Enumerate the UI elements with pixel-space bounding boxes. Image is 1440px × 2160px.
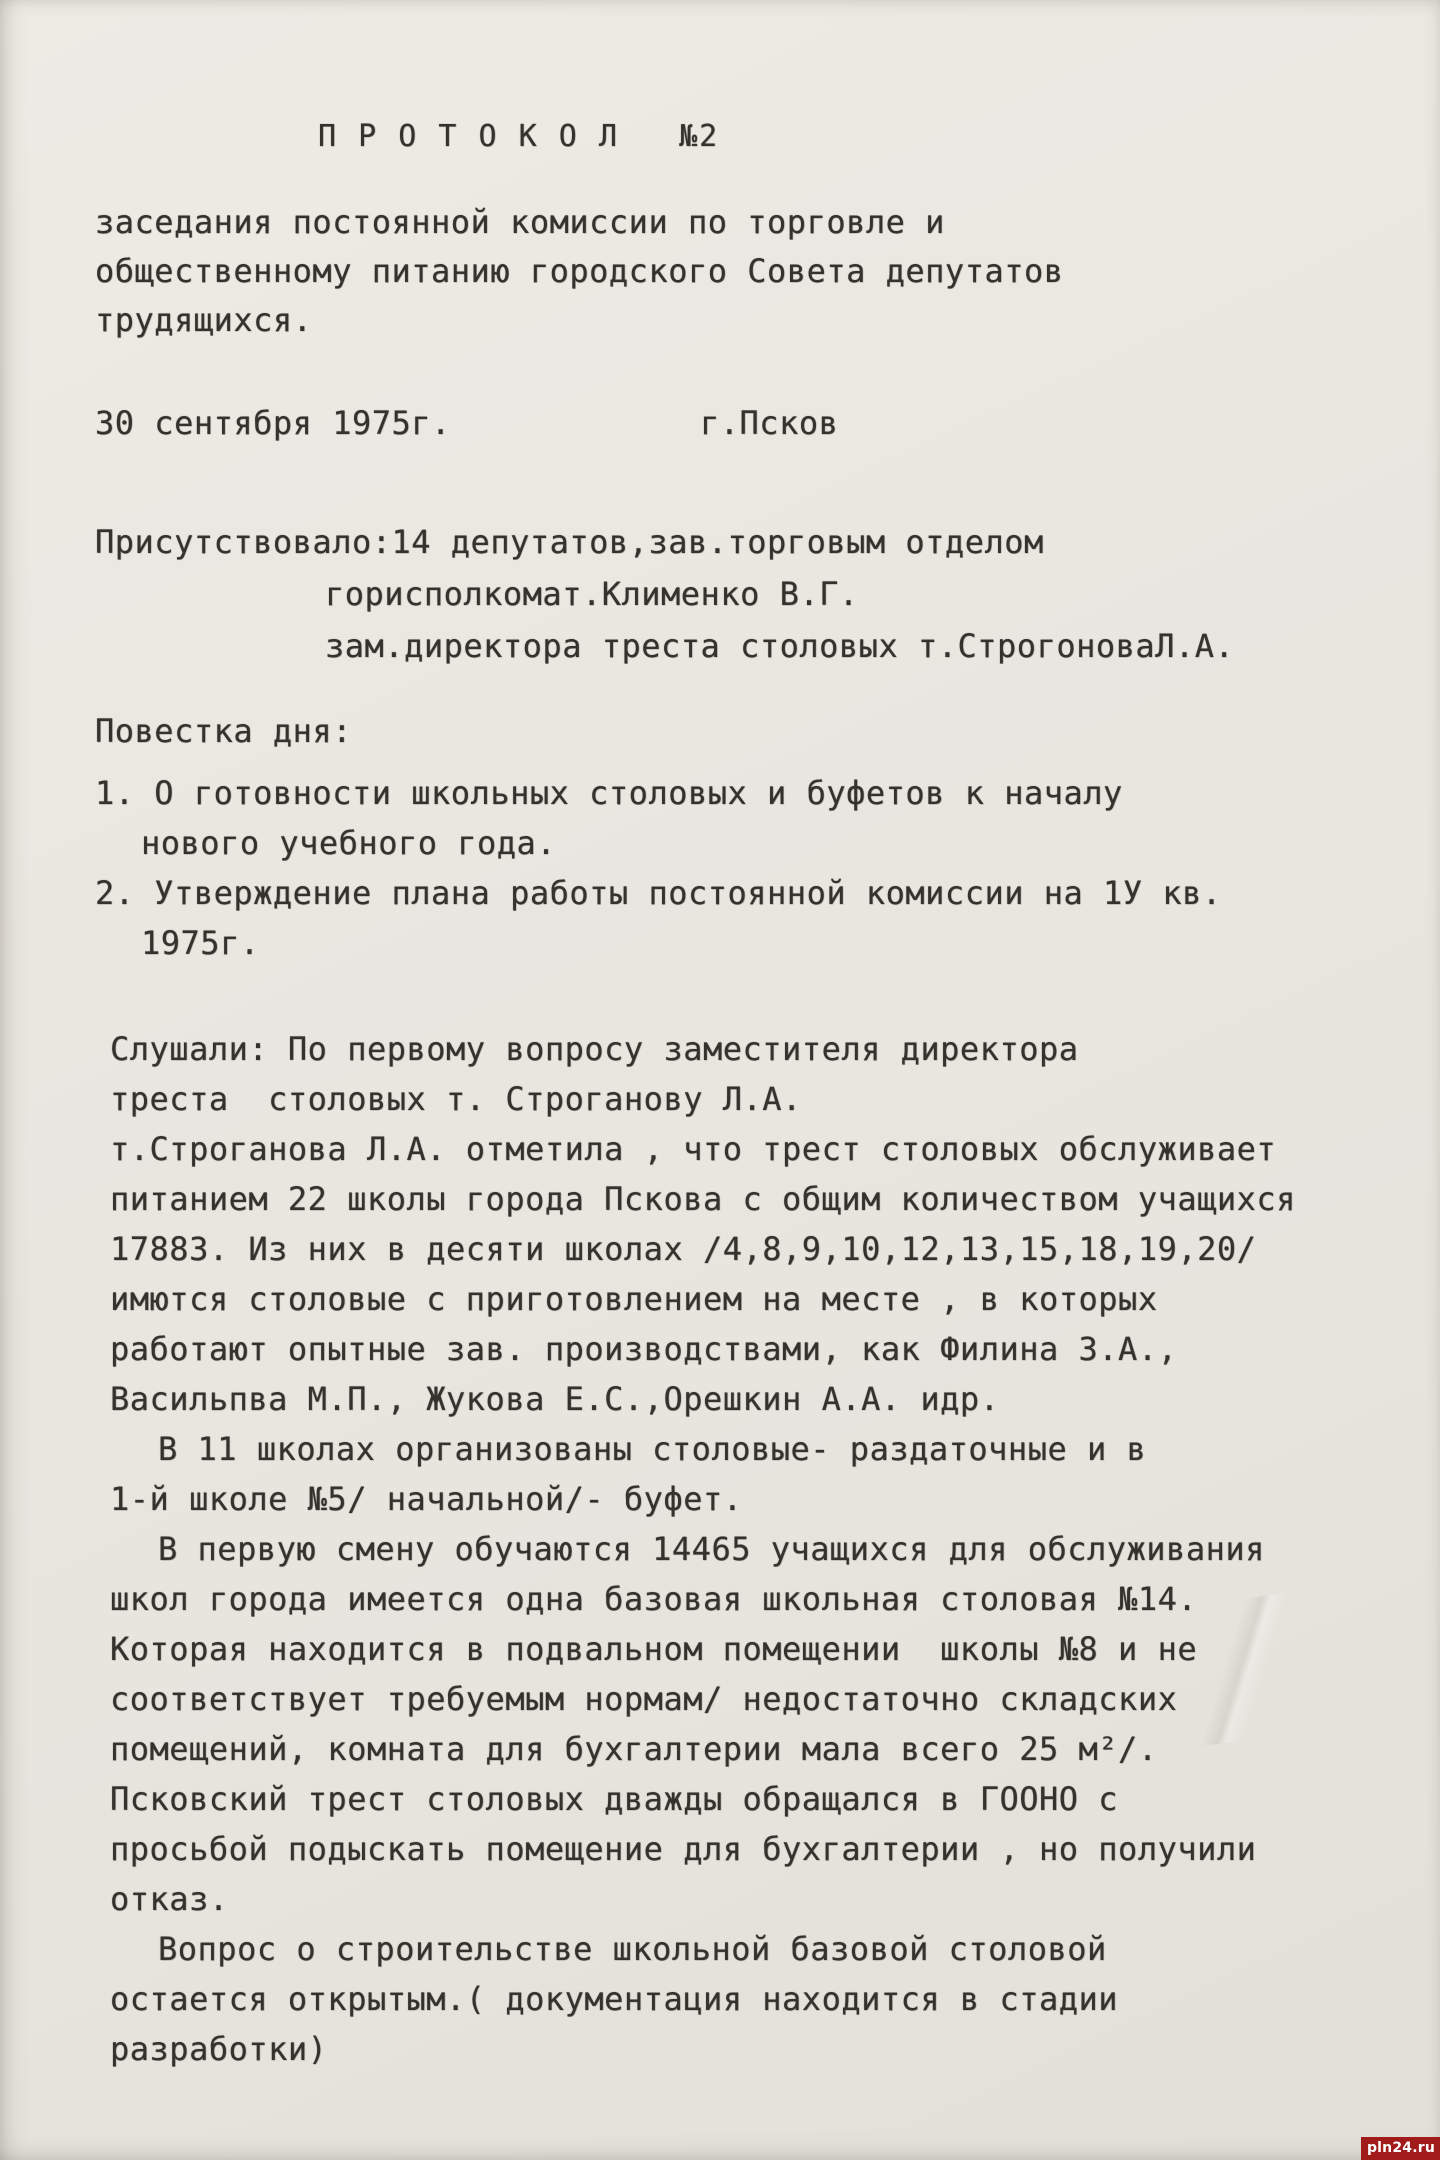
- body-line: треста столовых т. Строганову Л.А.: [110, 1074, 1296, 1124]
- body-line: Псковский трест столовых дважды обращалс…: [110, 1774, 1296, 1824]
- body-line: помещений, комната для бухгалтерии мала …: [110, 1724, 1296, 1774]
- body-paragraph: Слушали: По первому вопросу заместителя …: [110, 1024, 1296, 2074]
- body-line: остается открытым.( документация находит…: [110, 1974, 1296, 2024]
- body-line: 17883. Из них в десяти школах /4,8,9,10,…: [110, 1224, 1296, 1274]
- watermark-badge: pln24.ru: [1361, 2137, 1440, 2160]
- body-line: соответствует требуемым нормам/ недостат…: [110, 1674, 1296, 1724]
- date-line: 30 сентября 1975г. г.Псков: [95, 398, 1345, 448]
- agenda-line: 1975г.: [95, 918, 1222, 968]
- agenda-list: 1. О готовности школьных столовых и буфе…: [95, 768, 1222, 968]
- attendees-line: зам.директора треста столовых т.Строгоно…: [95, 620, 1234, 672]
- body-line: разработки): [110, 2024, 1296, 2074]
- agenda-heading: Повестка дня:: [95, 706, 352, 756]
- document-page: П Р О Т О К О Л №2 заседания постоянной …: [0, 0, 1440, 2160]
- agenda-line: 1. О готовности школьных столовых и буфе…: [95, 768, 1222, 818]
- agenda-line: нового учебного года.: [95, 818, 1222, 868]
- intro-line: трудящихся.: [95, 296, 1064, 345]
- body-line: Слушали: По первому вопросу заместителя …: [110, 1024, 1296, 1074]
- body-line: работают опытные зав. производствами, ка…: [110, 1324, 1296, 1374]
- intro-paragraph: заседания постоянной комиссии по торговл…: [95, 198, 1064, 345]
- body-line: 1-й школе №5/ начальной/- буфет.: [110, 1474, 1296, 1524]
- document-date: 30 сентября 1975г.: [95, 404, 451, 442]
- attendees-block: Присутствовало:14 депутатов,зав.торговым…: [95, 516, 1234, 672]
- body-line: школ города имеется одна базовая школьна…: [110, 1574, 1296, 1624]
- intro-line: заседания постоянной комиссии по торговл…: [95, 198, 1064, 247]
- body-line: Которая находится в подвальном помещении…: [110, 1624, 1296, 1674]
- body-line: Васильпва М.П., Жукова Е.С.,Орешкин А.А.…: [110, 1374, 1296, 1424]
- agenda-line: 2. Утверждение плана работы постоянной к…: [95, 868, 1222, 918]
- body-line: просьбой подыскать помещение для бухгалт…: [110, 1824, 1296, 1874]
- body-line: отказ.: [110, 1874, 1296, 1924]
- document-city: г.Псков: [700, 398, 838, 448]
- body-line: питанием 22 школы города Пскова с общим …: [110, 1174, 1296, 1224]
- intro-line: общественному питанию городского Совета …: [95, 247, 1064, 296]
- attendees-line: горисполкомат.Клименко В.Г.: [95, 568, 1234, 620]
- body-line: т.Строганова Л.А. отметила , что трест с…: [110, 1124, 1296, 1174]
- document-title: П Р О Т О К О Л №2: [318, 118, 719, 156]
- body-line: имются столовые с приготовлением на мест…: [110, 1274, 1296, 1324]
- attendees-line: Присутствовало:14 депутатов,зав.торговым…: [95, 516, 1234, 568]
- body-line: В первую смену обучаются 14465 учащихся …: [110, 1524, 1296, 1574]
- body-line: В 11 школах организованы столовые- разда…: [110, 1424, 1296, 1474]
- body-line: Вопрос о строительстве школьной базовой …: [110, 1924, 1296, 1974]
